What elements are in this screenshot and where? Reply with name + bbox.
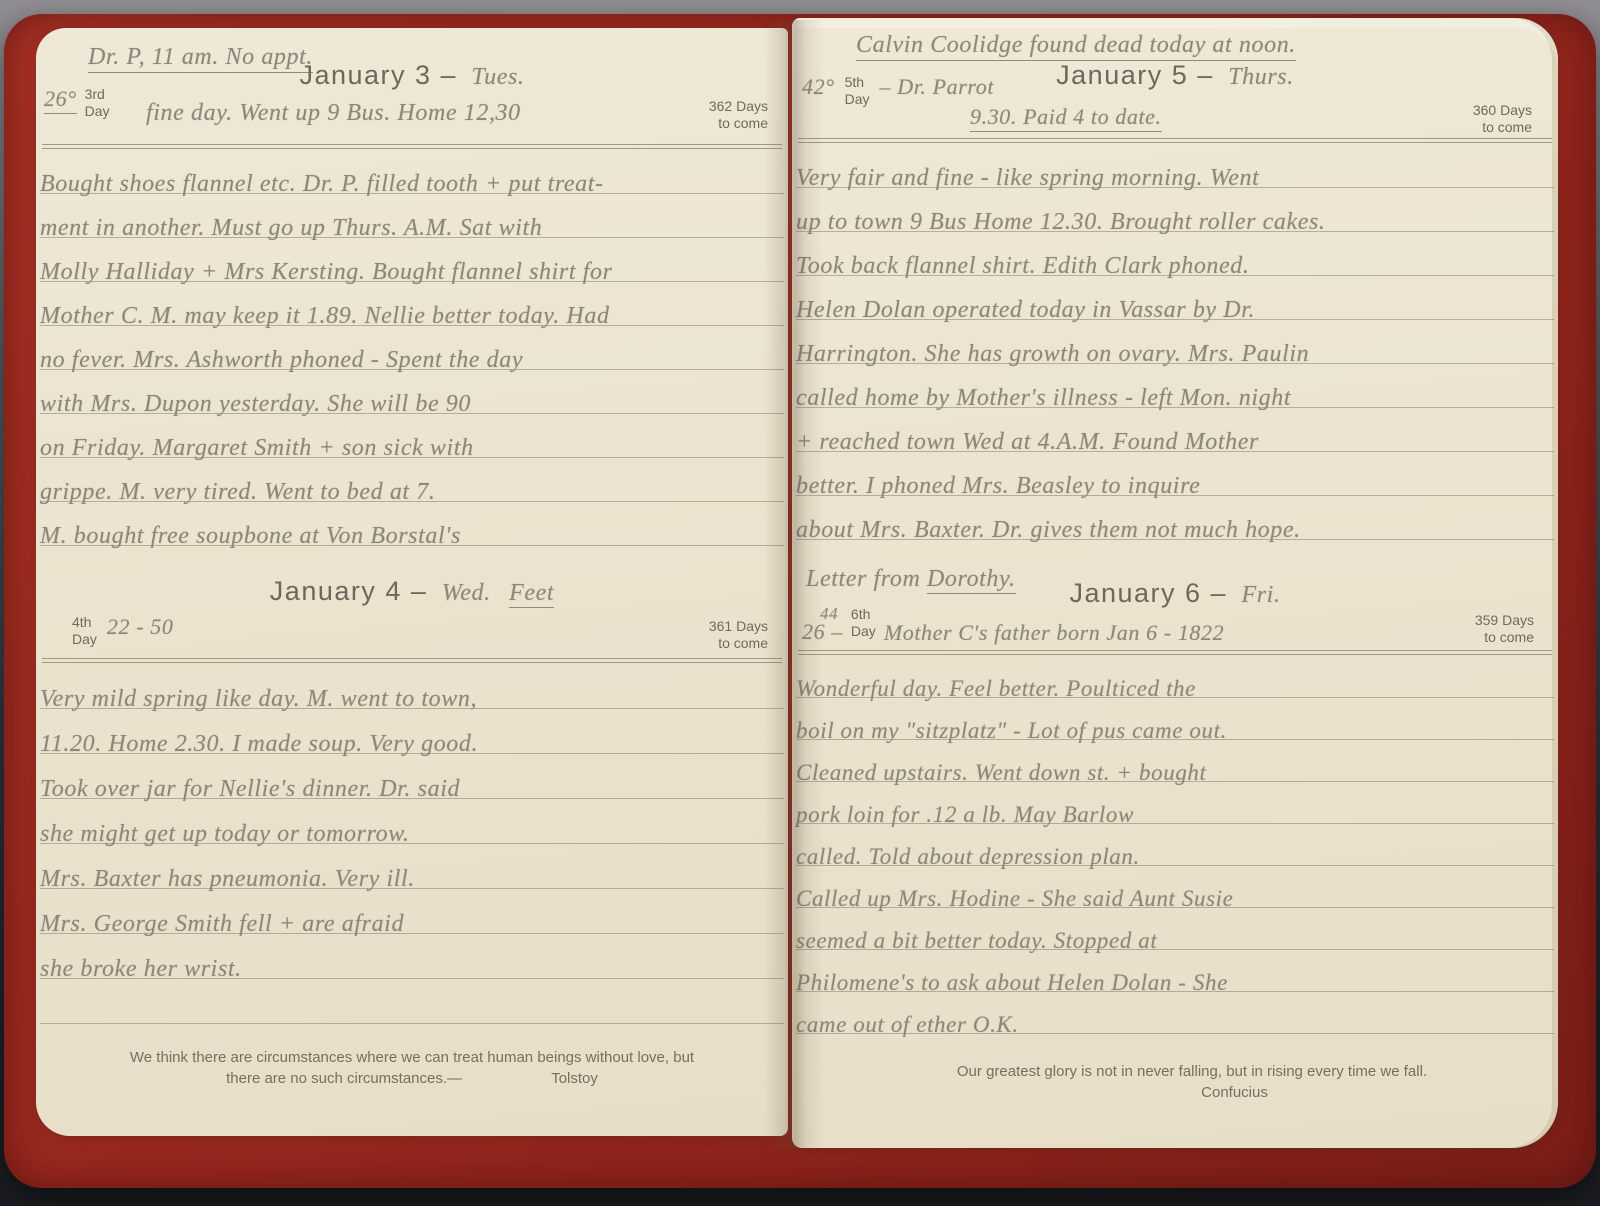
margin-block-jan4: 4th Day 22 - 50 (72, 614, 173, 648)
diary-line: Called up Mrs. Hodine - She said Aunt Su… (796, 866, 1554, 908)
days-label: to come (1482, 119, 1532, 135)
handwritten-weekday: Wed. (442, 580, 491, 606)
handwritten-temperature: 26° (44, 86, 77, 114)
diary-line: called. Told about depression plan. (796, 824, 1554, 866)
diary-line: Molly Halliday + Mrs Kersting. Bought fl… (40, 238, 784, 282)
diary-line: 11.20. Home 2.30. I made soup. Very good… (40, 709, 784, 754)
days-to-come-jan5: 360 Days to come (1473, 102, 1532, 136)
days-to-come-jan6: 359 Days to come (1475, 612, 1534, 646)
handwritten-temperature: 22 - 50 (107, 614, 174, 640)
diary-line: no fever. Mrs. Ashworth phoned - Spent t… (40, 326, 784, 370)
diary-line: Philomene's to ask about Helen Dolan - S… (796, 950, 1554, 992)
day-word: Day (851, 623, 876, 639)
handwritten-temperature: 42° (802, 74, 835, 100)
day-number-label: 5th Day (845, 74, 870, 108)
date-header-jan6: January 6 – Fri. (792, 578, 1558, 609)
entry-jan5: Very fair and fine - like spring morning… (796, 144, 1554, 540)
printed-date: January 4 – (270, 576, 428, 606)
margin-block-jan6: 44 26 – 6th Day Mother C's father born J… (802, 606, 1224, 646)
entry-jan3: Bought shoes flannel etc. Dr. P. filled … (40, 150, 784, 546)
day-word: Day (85, 103, 110, 119)
diary-line: came out of ether O.K. (796, 992, 1554, 1034)
printed-date: January 6 – (1069, 578, 1227, 608)
handwritten-first-line: fine day. Went up 9 Bus. Home 12,30 (146, 100, 521, 127)
diary-line: Took back flannel shirt. Edith Clark pho… (796, 232, 1554, 276)
days-count: 362 Days (709, 98, 768, 114)
diary-line: on Friday. Margaret Smith + son sick wit… (40, 414, 784, 458)
printed-date: January 3 – (299, 60, 457, 90)
entry-jan4: Very mild spring like day. M. went to to… (40, 664, 784, 1024)
handwritten-doctor-note: – Dr. Parrot (880, 74, 995, 100)
diary-line: seemed a bit better today. Stopped at (796, 908, 1554, 950)
handwritten-weekday: Fri. (1241, 582, 1280, 608)
quote-author: Tolstoy (551, 1068, 598, 1090)
diary-line: up to town 9 Bus Home 12.30. Brought rol… (796, 188, 1554, 232)
days-to-come-jan4: 361 Days to come (709, 618, 768, 652)
diary-line: Took over jar for Nellie's dinner. Dr. s… (40, 754, 784, 799)
diary-line: Helen Dolan operated today in Vassar by … (796, 276, 1554, 320)
double-rule (42, 144, 782, 149)
days-to-come-jan3: 362 Days to come (709, 98, 768, 132)
entry-jan6: Wonderful day. Feel better. Poulticed th… (796, 656, 1554, 1034)
diary-line: M. bought free soupbone at Von Borstal's (40, 502, 784, 546)
printed-quote-tolstoy: We think there are circumstances where w… (112, 1047, 712, 1091)
quote-text: We think there are circumstances where w… (130, 1049, 694, 1088)
temperature-low: 26 – (802, 619, 843, 644)
days-count: 360 Days (1473, 102, 1532, 118)
day-ordinal: 6th (851, 606, 870, 622)
day-ordinal: 5th (845, 74, 864, 90)
handwritten-note-feet: Feet (509, 580, 554, 608)
handwritten-payment-note: 9.30. Paid 4 to date. (970, 104, 1162, 132)
diary-line: better. I phoned Mrs. Beasley to inquire (796, 452, 1554, 496)
handwritten-weekday: Tues. (472, 64, 525, 90)
printed-date: January 5 – (1056, 60, 1214, 90)
days-count: 361 Days (709, 618, 768, 634)
day-number-label: 3rd Day (85, 86, 110, 120)
diary-line: called home by Mother's illness - left M… (796, 364, 1554, 408)
diary-line: Bought shoes flannel etc. Dr. P. filled … (40, 150, 784, 194)
double-rule (798, 138, 1552, 143)
diary-photo: Dr. P, 11 am. No appt. January 3 – Tues.… (0, 0, 1600, 1206)
diary-line: she might get up today or tomorrow. (40, 799, 784, 844)
diary-line: Very mild spring like day. M. went to to… (40, 664, 784, 709)
diary-line: about Mrs. Baxter. Dr. gives them not mu… (796, 496, 1554, 540)
date-header-jan4: January 4 – Wed. Feet (36, 576, 788, 607)
diary-line: ment in another. Must go up Thurs. A.M. … (40, 194, 784, 238)
handwritten-birthday-note: Mother C's father born Jan 6 - 1822 (884, 620, 1224, 646)
diary-line: Mother C. M. may keep it 1.89. Nellie be… (40, 282, 784, 326)
diary-line: Wonderful day. Feel better. Poulticed th… (796, 656, 1554, 698)
days-label: to come (718, 115, 768, 131)
days-label: to come (1484, 629, 1534, 645)
diary-line: she broke her wrist. (40, 934, 784, 979)
margin-block-jan5: 42° 5th Day – Dr. Parrot (802, 74, 994, 108)
day-ordinal: 3rd (85, 86, 105, 102)
day-word: Day (72, 631, 97, 647)
handwritten-top-note-coolidge: Calvin Coolidge found dead today at noon… (856, 32, 1296, 61)
diary-right-page: Calvin Coolidge found dead today at noon… (792, 18, 1558, 1148)
quote-author: Confucius (1201, 1082, 1268, 1104)
diary-line: pork loin for .12 a lb. May Barlow (796, 782, 1554, 824)
diary-line: Mrs. Baxter has pneumonia. Very ill. (40, 844, 784, 889)
quote-text: Our greatest glory is not in never falli… (957, 1063, 1427, 1080)
day-number-label: 6th Day (851, 606, 876, 640)
diary-line: Harrington. She has growth on ovary. Mrs… (796, 320, 1554, 364)
diary-line: + reached town Wed at 4.A.M. Found Mothe… (796, 408, 1554, 452)
diary-line: Mrs. George Smith fell + are afraid (40, 889, 784, 934)
day-word: Day (845, 91, 870, 107)
double-rule (798, 650, 1552, 655)
diary-line: with Mrs. Dupon yesterday. She will be 9… (40, 370, 784, 414)
double-rule (42, 658, 782, 663)
date-header-jan3: January 3 – Tues. (36, 60, 788, 91)
days-count: 359 Days (1475, 612, 1534, 628)
printed-quote-confucius: Our greatest glory is not in never falli… (952, 1061, 1432, 1105)
day-ordinal: 4th (72, 614, 91, 630)
day-number-label: 4th Day (72, 614, 97, 648)
diary-line: boil on my "sitzplatz" - Lot of pus came… (796, 698, 1554, 740)
diary-line (40, 979, 784, 1024)
diary-line: Very fair and fine - like spring morning… (796, 144, 1554, 188)
handwritten-temperature: 44 26 – (802, 606, 843, 643)
diary-line: Cleaned upstairs. Went down st. + bought (796, 740, 1554, 782)
handwritten-weekday: Thurs. (1228, 64, 1294, 90)
days-label: to come (718, 635, 768, 651)
diary-line: grippe. M. very tired. Went to bed at 7. (40, 458, 784, 502)
margin-block-jan3: 26° 3rd Day (44, 86, 110, 120)
diary-left-page: Dr. P, 11 am. No appt. January 3 – Tues.… (36, 28, 788, 1136)
